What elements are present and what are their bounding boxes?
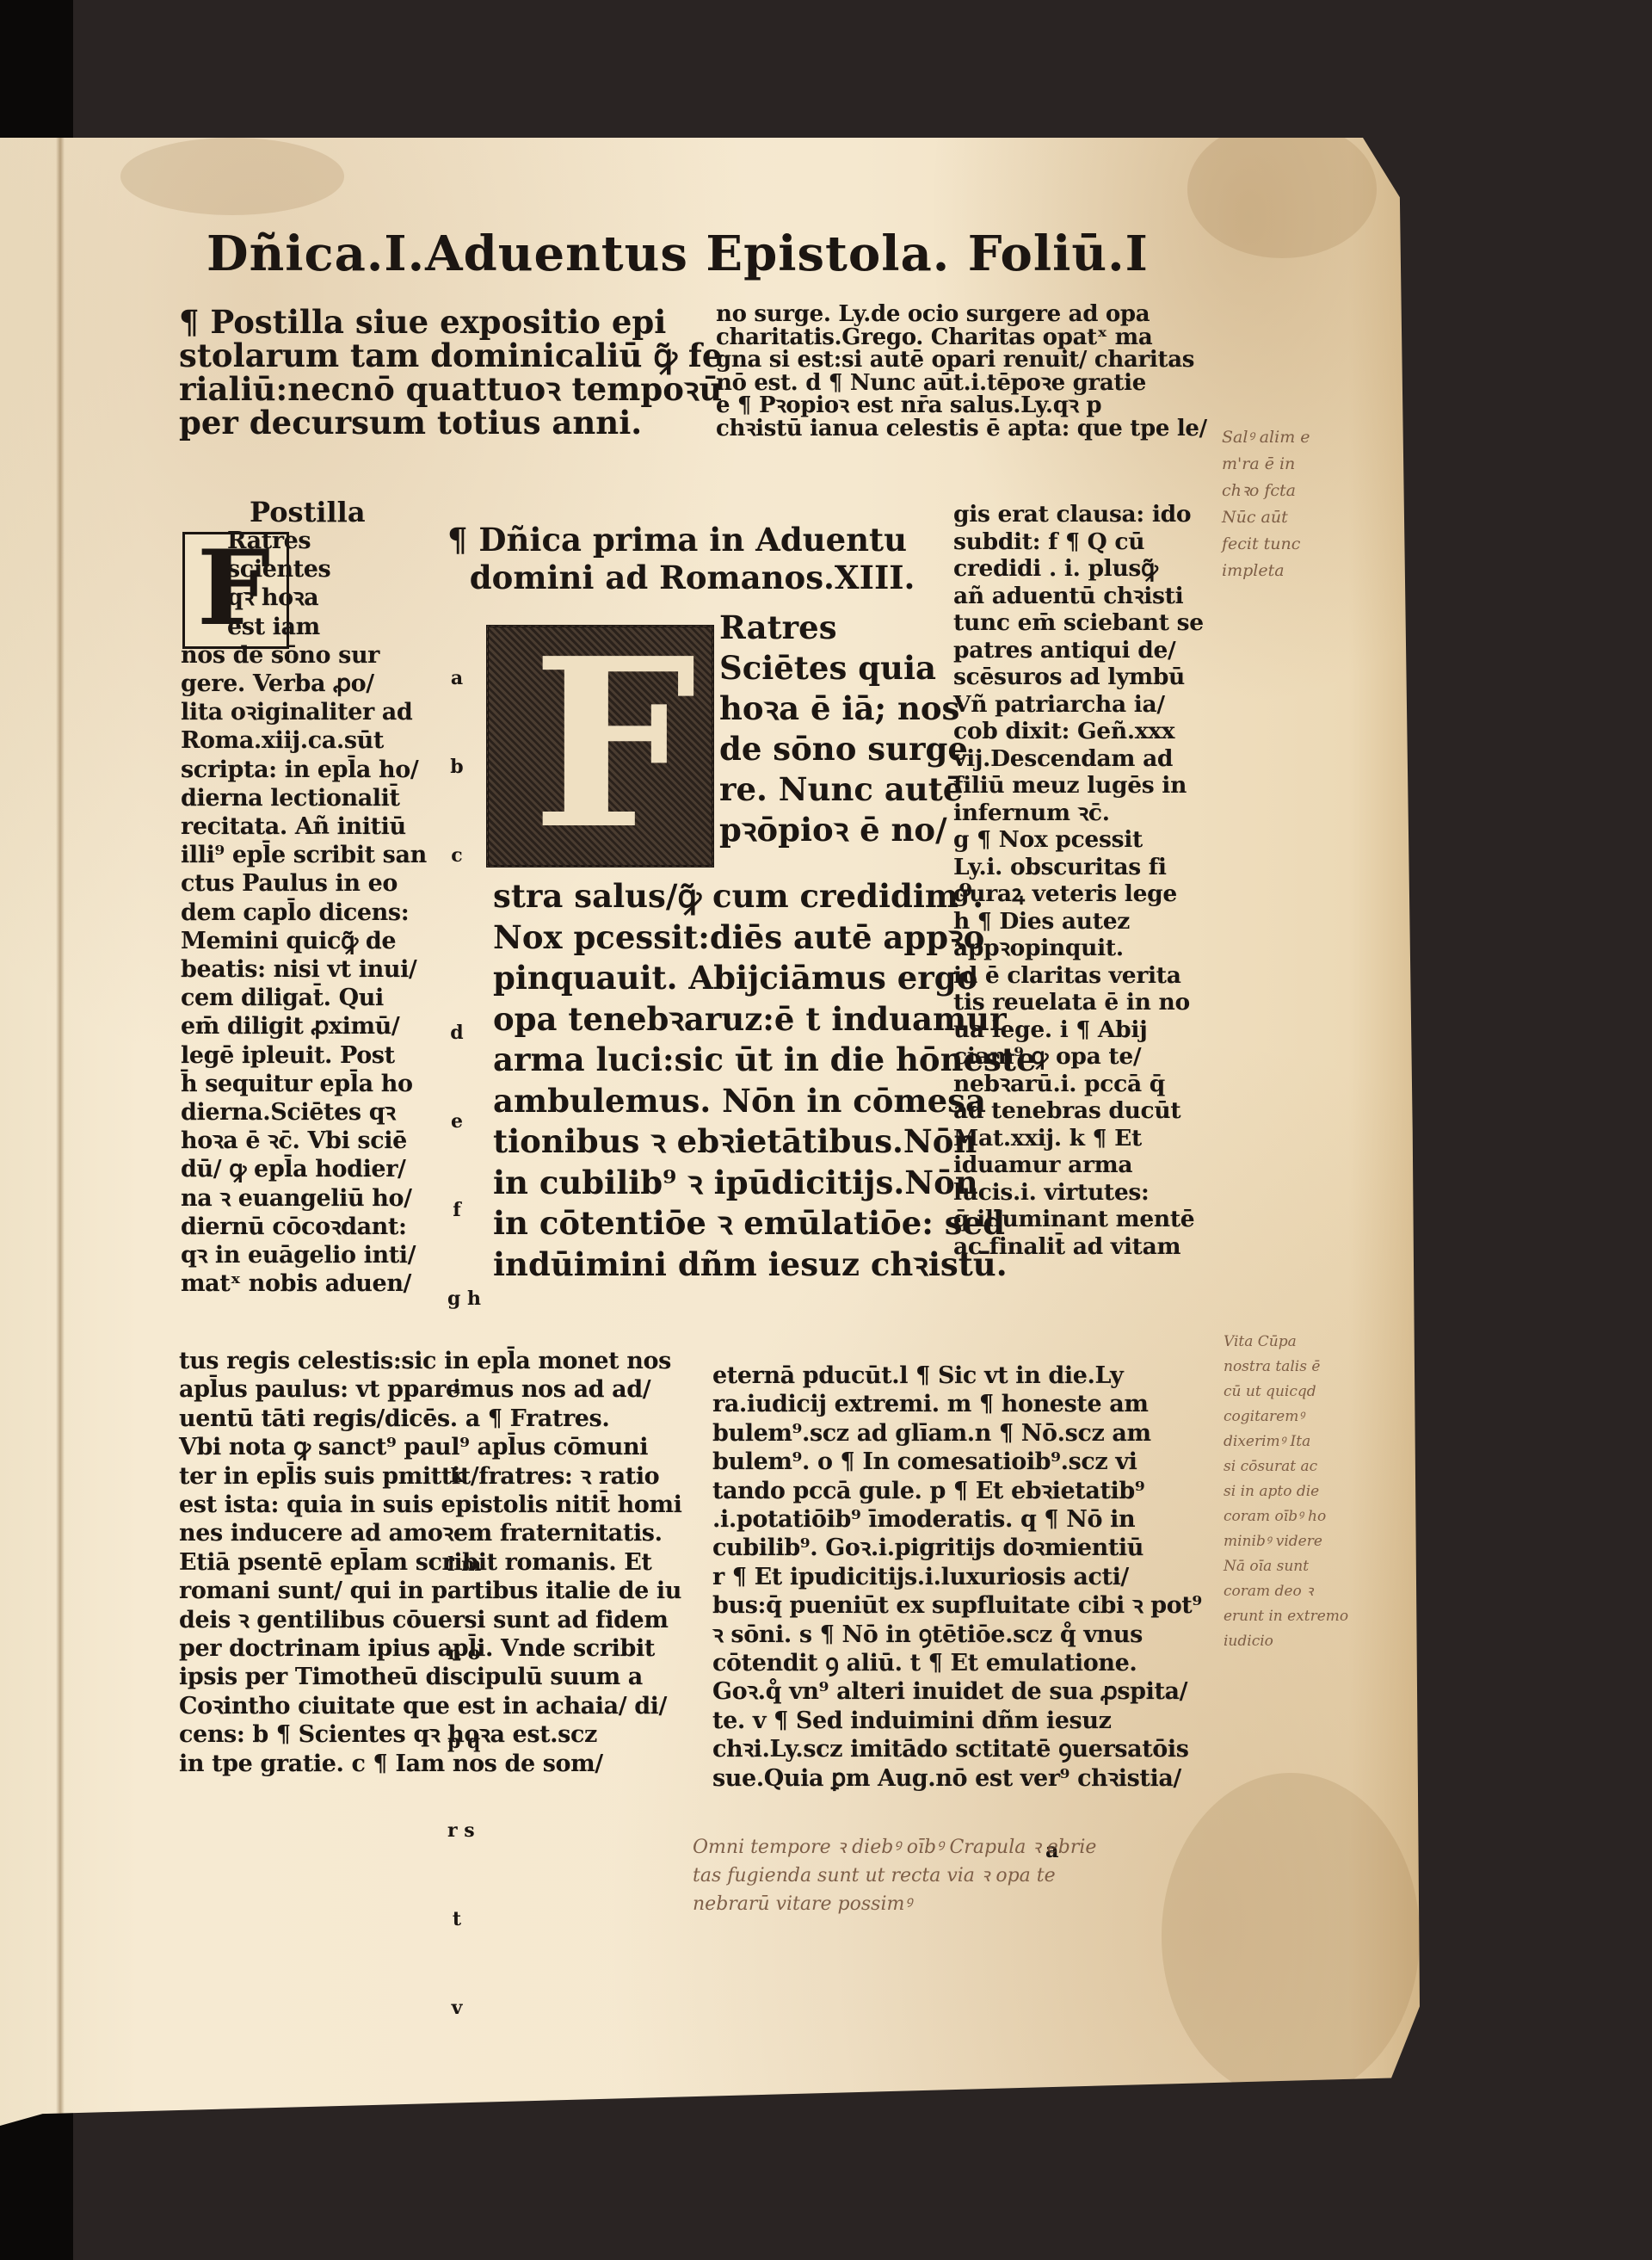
ref-letter: d <box>447 1021 466 1061</box>
ref-letter: b <box>447 755 466 795</box>
water-stain <box>120 138 344 215</box>
commentary-left-narrow: Ratres scientes qꝛ hoꝛa est iam nos de s… <box>181 527 427 1298</box>
page-gutter <box>56 138 65 2126</box>
ref-letter: t <box>447 1907 466 1948</box>
water-stain <box>1187 120 1377 258</box>
epistle-text-beside-initial: Ratres Sciētes quia hoꝛa ē iā; nos de sō… <box>719 608 968 850</box>
handwritten-marginal-note-top: Salꝰ alim e m'ra ē in chꝛo fcta Nūc aūt … <box>1222 424 1310 584</box>
ref-letter: f <box>447 1198 466 1238</box>
initial-letter: F <box>532 619 697 868</box>
water-stain <box>1162 1773 1420 2100</box>
ref-letter: v <box>447 1996 466 2036</box>
commentary-bottom-left: tus regis celestis:sic in epl̄a monet no… <box>179 1347 682 1778</box>
woodcut-initial-F: F <box>486 625 714 868</box>
commentary-bottom-right: eternā pducūt.l ¶ Sic vt in die.Ly ra.iu… <box>712 1362 1202 1793</box>
ref-letter: r s <box>447 1818 466 1859</box>
margin-reference-letters: a b c d e f g h i k l m n o p q r s t v <box>447 618 466 2060</box>
intro-heading: ¶ Postilla siue expositio epi stolarum t… <box>179 306 722 440</box>
handwritten-marginal-note-middle: Vita Cūpa nostra talis ē cū ut quicqd co… <box>1224 1330 1348 1654</box>
lesson-heading: ¶ Dñica prima in Aduentu domini ad Roman… <box>447 521 915 596</box>
ref-letter: e <box>447 1109 466 1150</box>
epistle-text: stra salus/ꝙ̃ cum credidim⁹. Nox pcessit… <box>493 876 1037 1285</box>
running-head: Dñica.I.Aduentus Epistola. Foliū.I <box>206 225 1149 282</box>
handwritten-note-bottom: Omni tempore ꝛ diebꝰ oībꝰ Crapula ꝛ ebri… <box>693 1833 1096 1918</box>
ref-letter: a <box>447 666 466 707</box>
commentary-right-top: no surge. Ly.de ocio surgere ad opa char… <box>716 303 1207 440</box>
ref-letter: g h <box>447 1287 466 1327</box>
postilla-label: Postilla <box>250 496 366 528</box>
ref-letter: c <box>447 843 466 924</box>
